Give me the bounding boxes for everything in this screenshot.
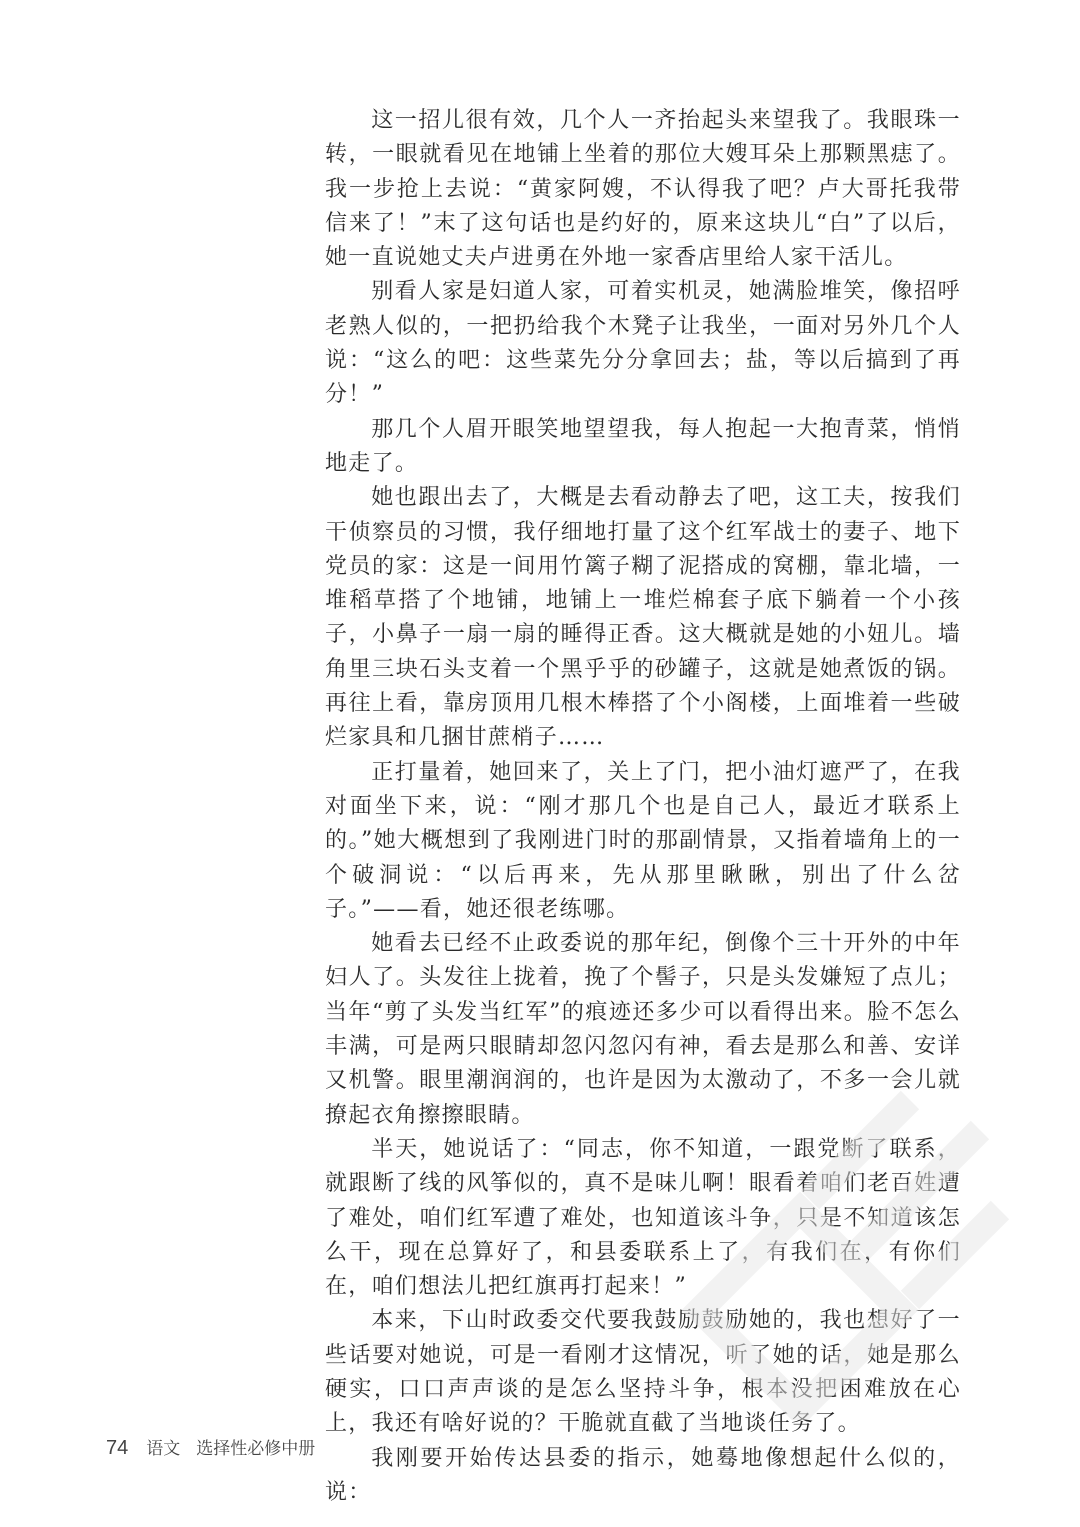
book-title: 选择性必修中册	[196, 1434, 315, 1459]
paragraph: 这一招儿很有效，几个人一齐抬起头来望我了。我眼珠一转，一眼就看见在地铺上坐着的那…	[325, 104, 961, 275]
paragraph: 本来，下山时政委交代要我鼓励鼓励她的，我也想好了一些话要对她说，可是一看刚才这情…	[325, 1304, 961, 1441]
paragraph: 那几个人眉开眼笑地望望我，每人抱起一大抱青菜，悄悄地走了。	[325, 413, 961, 482]
paragraph: 她看去已经不止政委说的那年纪，倒像个三十开外的中年妇人了。头发往上拢着，挽了个髻…	[325, 927, 961, 1133]
page-number: 74	[106, 1437, 128, 1460]
paragraph: 别看人家是妇道人家，可着实机灵，她满脸堆笑，像招呼老熟人似的，一把扔给我个木凳子…	[325, 275, 961, 412]
page-footer: 74 语文 选择性必修中册	[106, 1434, 315, 1460]
subject-label: 语文	[146, 1434, 180, 1459]
paragraph: 正打量着，她回来了，关上了门，把小油灯遮严了，在我对面坐下来，说：“刚才那几个也…	[325, 756, 961, 927]
page-body: 这一招儿很有效，几个人一齐抬起头来望我了。我眼珠一转，一眼就看见在地铺上坐着的那…	[325, 104, 961, 1510]
paragraph: 我刚要开始传达县委的指示，她蓦地像想起什么似的，说：	[325, 1442, 961, 1511]
paragraph: 半天，她说话了：“同志，你不知道，一跟党断了联系，就跟断了线的风筝似的，真不是味…	[325, 1133, 961, 1304]
paragraph: 她也跟出去了，大概是去看动静去了吧，这工夫，按我们干侦察员的习惯，我仔细地打量了…	[325, 481, 961, 755]
